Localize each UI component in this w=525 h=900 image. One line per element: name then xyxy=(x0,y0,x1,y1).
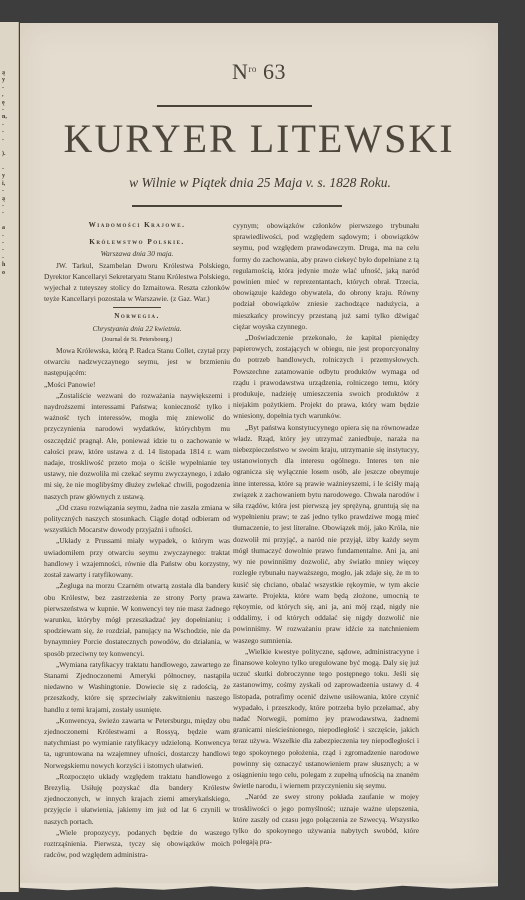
fragment-line: - xyxy=(2,188,18,195)
previous-page-edge: ąy-,ę-n,---).-yi,-ą--a----ho xyxy=(0,22,19,892)
article-paragraph: „Konwencya, świeżo zawarta w Petersburgu… xyxy=(44,715,230,771)
newspaper-page: Nro 63 KURYER LITEWSKI w Wilnie w Piątek… xyxy=(20,23,498,885)
article-paragraph: „Żegluga na morzu Czarném otwartą został… xyxy=(44,580,230,658)
fragment-line: y xyxy=(2,77,18,84)
article-paragraph: „Wymiana ratyfikacyy traktatu handlowego… xyxy=(44,659,230,715)
norway-heading: Norwegia. xyxy=(44,311,230,322)
fragment-line: ę xyxy=(2,100,18,107)
fragment-line: ą xyxy=(2,70,18,77)
fragment-line xyxy=(2,159,18,166)
fragment-line: - xyxy=(2,233,18,240)
article-paragraph: „Od czasu rozwiązania seymu, żadna nie z… xyxy=(44,502,230,536)
poland-heading: Królewstwo Polskie. xyxy=(44,237,230,248)
article-paragraph: „Wiele propozycyy, podanych będzie do wa… xyxy=(44,827,230,861)
fragment-line: h xyxy=(2,262,18,269)
fragment-line: - xyxy=(2,210,18,217)
fragment-line xyxy=(2,218,18,225)
fragment-line: , xyxy=(2,92,18,99)
newspaper-title: KURYER LITEWSKI xyxy=(20,115,498,162)
fragment-line: n, xyxy=(2,114,18,121)
article-paragraph: Mowa Królewska, którą P. Radca Stanu Col… xyxy=(44,345,230,379)
article-paragraph: „Naród ze swey strony pokłada zaufanie w… xyxy=(233,791,419,847)
masthead-rule-bottom xyxy=(132,205,342,207)
section-divider xyxy=(113,307,161,308)
issue-dateline: w Wilnie w Piątek dnia 25 Maja v. s. 182… xyxy=(80,175,440,191)
fragment-line: - xyxy=(2,85,18,92)
fragment-line: - xyxy=(2,240,18,247)
fragment-line: - xyxy=(2,247,18,254)
article-paragraph: „Mości Panowie! xyxy=(44,379,230,390)
article-paragraph: „Rozpoczęto układy względem traktatu han… xyxy=(44,771,230,827)
fragment-line: - xyxy=(2,107,18,114)
article-paragraph: cyynym; obowiązków członków pierwszego t… xyxy=(233,220,419,332)
fragment-line: - xyxy=(2,129,18,136)
fragment-line: o xyxy=(2,270,18,277)
article-paragraph: „Byt państwa konstytucyynego opiera się … xyxy=(233,422,419,646)
norway-dateline: Chrystyania dnia 22 kwietnia. xyxy=(44,323,230,334)
fragment-line: - xyxy=(2,166,18,173)
masthead-rule-top xyxy=(157,105,312,107)
fragment-line: i, xyxy=(2,181,18,188)
fragment-line: y xyxy=(2,173,18,180)
fragment-line: a xyxy=(2,225,18,232)
poland-paragraph: JW. Tarkul, Szambelan Dworu Królestwa Po… xyxy=(44,260,230,305)
poland-dateline: Warszawa dnia 30 maja. xyxy=(44,248,230,259)
fragment-line: - xyxy=(2,122,18,129)
fragment-line: - xyxy=(2,255,18,262)
article-paragraph: „Zostaliście wezwani do rozważania naywi… xyxy=(44,390,230,502)
fragment-line: - xyxy=(2,203,18,210)
section-heading: Wiadomości Krajowe. xyxy=(44,220,230,231)
fragment-line: ). xyxy=(2,151,18,158)
issue-number: Nro 63 xyxy=(20,59,498,85)
fragment-line: - xyxy=(2,137,18,144)
article-paragraph: „Doświadczenie przekonało, że kapitał pi… xyxy=(233,332,419,422)
left-column: Wiadomości Krajowe. Królewstwo Polskie. … xyxy=(44,220,230,860)
right-column: cyynym; obowiązków członków pierwszego t… xyxy=(233,220,419,847)
norway-source: (Journal de St. Petersbourg.) xyxy=(44,334,230,345)
article-paragraph: „Układy z Prussami miały wypadek, o któr… xyxy=(44,535,230,580)
fragment-line: ą xyxy=(2,196,18,203)
previous-page-text-fragment: ąy-,ę-n,---).-yi,-ą--a----ho xyxy=(0,22,18,277)
article-paragraph: „Wielkie kwestye polityczne, sądowe, adm… xyxy=(233,646,419,792)
